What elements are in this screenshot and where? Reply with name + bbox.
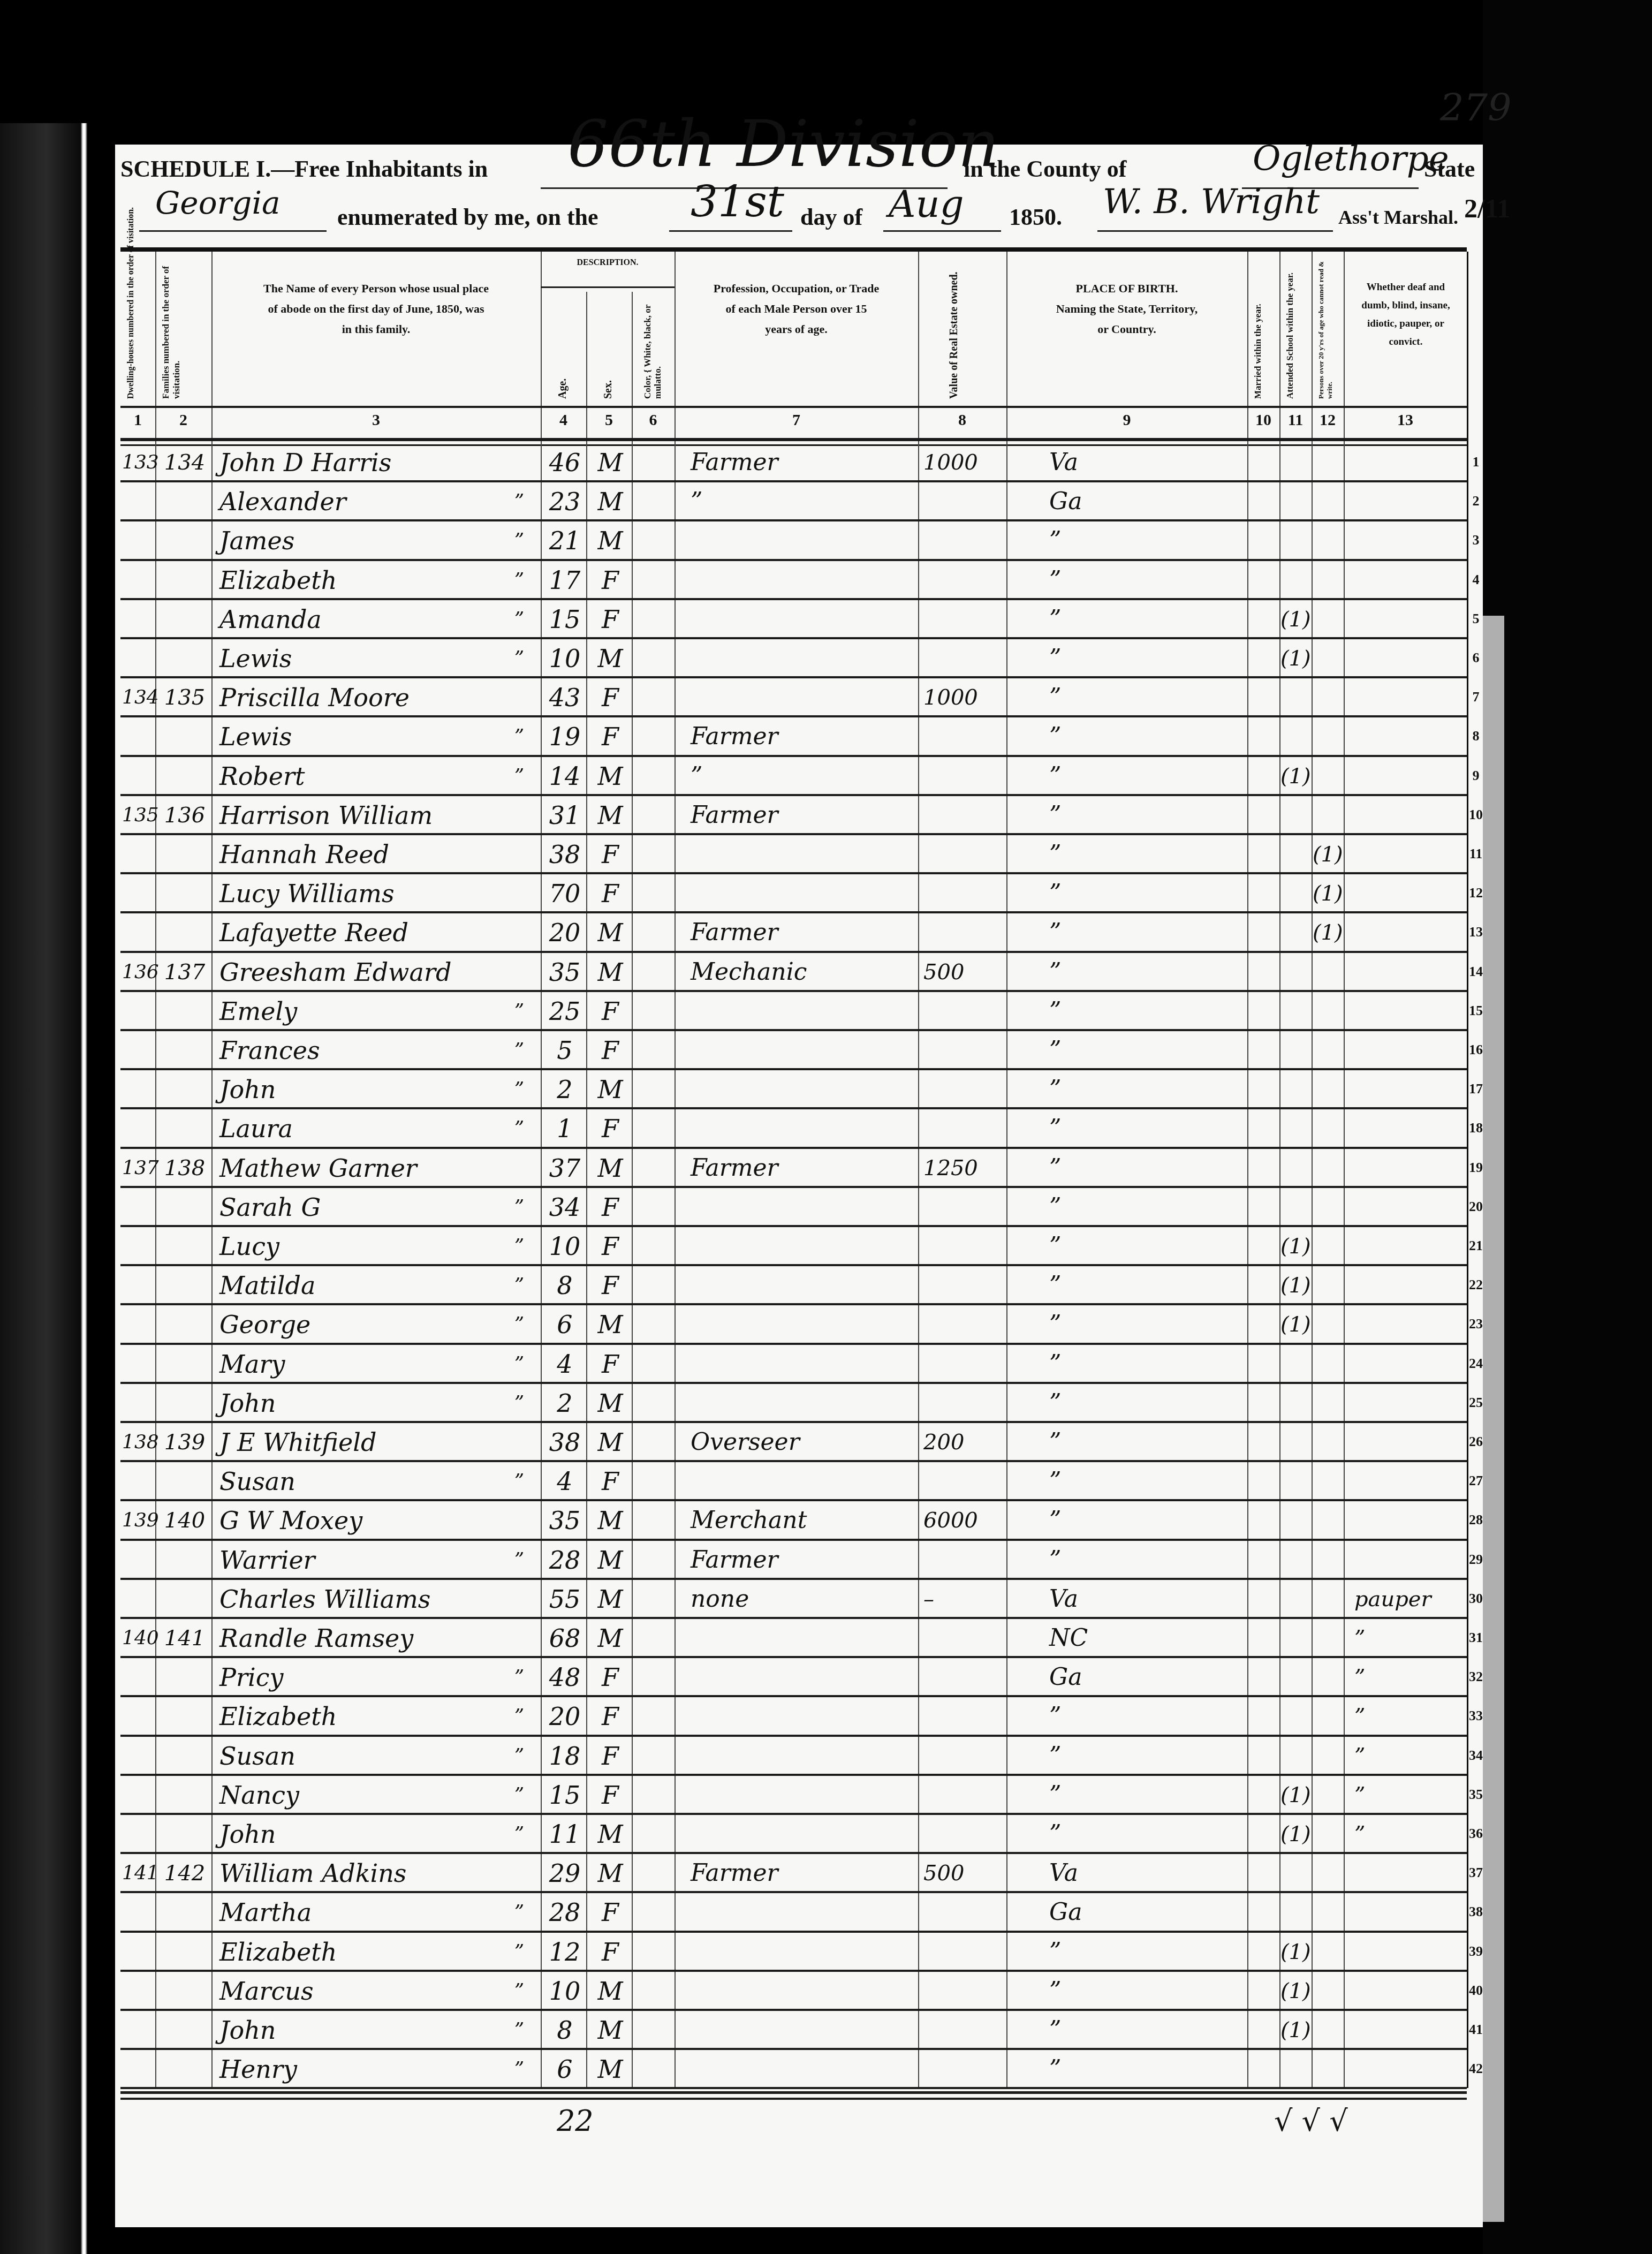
cell-age: 4: [543, 1465, 586, 1497]
line-number: 19: [1468, 1160, 1484, 1176]
cell-name: Elizabeth: [219, 564, 498, 596]
cell-ditto: ”: [503, 1465, 535, 1497]
line-number: 22: [1468, 1277, 1484, 1293]
cell-birthplace: ”: [1049, 956, 1210, 988]
cell-family: 137: [158, 956, 211, 988]
cell-birthplace: ”: [1049, 917, 1210, 949]
cell-ditto: ”: [503, 1269, 535, 1302]
line-number: 9: [1468, 768, 1484, 784]
cell-ditto: ”: [503, 1348, 535, 1380]
cell-ditto: ”: [503, 1818, 535, 1850]
cell-occupation: Farmer: [691, 721, 915, 753]
cell-name: James: [219, 525, 498, 557]
cell-name: Marcus: [219, 1975, 498, 2007]
cell-name: Susan: [219, 1740, 498, 1772]
cell-family: 142: [158, 1857, 211, 1889]
state-field: Georgia: [155, 185, 281, 221]
cell-sex: M: [589, 956, 632, 988]
cell-age: 12: [543, 1936, 586, 1968]
cell-sex: M: [589, 799, 632, 831]
row-rule: [120, 1147, 1467, 1149]
cell-name: George: [219, 1308, 498, 1341]
line-number: 28: [1468, 1512, 1484, 1528]
line-number: 1: [1468, 454, 1484, 470]
line-number: 4: [1468, 572, 1484, 588]
cell-name: Mathew Garner: [219, 1152, 498, 1184]
cell-ditto: ”: [503, 760, 535, 792]
line-number: 12: [1468, 885, 1484, 901]
cell-birthplace: NC: [1049, 1622, 1210, 1654]
cell-sex: F: [589, 1700, 632, 1733]
cell-ditto: ”: [503, 721, 535, 753]
cell-name: John: [219, 1818, 498, 1850]
cell-name: Emely: [219, 995, 498, 1027]
cell-sex: M: [589, 760, 632, 792]
cell-age: 10: [543, 1975, 586, 2007]
cell-age: 38: [543, 1426, 586, 1458]
cell-name: Greesham Edward: [219, 956, 498, 988]
cell-name: Lucy: [219, 1230, 498, 1262]
cell-birthplace: ”: [1049, 1544, 1210, 1576]
check-marks: √ √ √: [1274, 2104, 1348, 2138]
cell-age: 28: [543, 1896, 586, 1928]
state-label: State: [1424, 155, 1475, 183]
col8-header: Value of Real Estate owned.: [948, 260, 960, 399]
cell-sex: M: [589, 1387, 632, 1419]
cell-occupation: ”: [691, 486, 915, 518]
cell-sex: F: [589, 1230, 632, 1262]
cell-name: Elizabeth: [219, 1700, 498, 1733]
row-rule: [120, 1931, 1467, 1933]
cell-sex: F: [589, 564, 632, 596]
cell-ditto: ”: [503, 603, 535, 636]
cell-age: 21: [543, 525, 586, 557]
state-underline: [139, 230, 327, 232]
cell-name: William Adkins: [219, 1857, 498, 1889]
row-rule: [120, 1970, 1467, 1972]
cell-sex: M: [589, 1544, 632, 1576]
cell-age: 2: [543, 1387, 586, 1419]
cell-name: Henry: [219, 2053, 498, 2085]
row-rule: [120, 1068, 1467, 1070]
cell-sex: M: [589, 1504, 632, 1537]
cell-cannot-read: (1): [1313, 917, 1343, 949]
cell-birthplace: ”: [1049, 1818, 1210, 1850]
cell-name: Hannah Reed: [219, 838, 498, 871]
row-rule: [120, 951, 1467, 953]
line-number: 25: [1468, 1395, 1484, 1411]
cell-dwelling: 133: [122, 447, 155, 479]
cell-sex: M: [589, 1622, 632, 1654]
cell-school: (1): [1280, 1269, 1310, 1302]
cell-name: Elizabeth: [219, 1936, 498, 1968]
sheet-number: 2/11: [1464, 193, 1510, 224]
cell-birthplace: ”: [1049, 1936, 1210, 1968]
cell-sex: F: [589, 995, 632, 1027]
row-rule: [120, 637, 1467, 639]
col-number-4: 4: [541, 411, 586, 429]
cell-dwelling: 136: [122, 956, 155, 988]
cell-birthplace: ”: [1049, 1975, 1210, 2007]
cell-school: (1): [1280, 603, 1310, 636]
line-number: 15: [1468, 1003, 1484, 1019]
row-rule: [120, 1460, 1467, 1462]
cell-name: Harrison William: [219, 799, 498, 831]
cell-name: Lewis: [219, 642, 498, 675]
cell-occupation: Overseer: [691, 1426, 915, 1458]
cell-sex: F: [589, 1779, 632, 1811]
cell-name: Alexander: [219, 486, 498, 518]
cell-age: 18: [543, 1740, 586, 1772]
row-rule: [120, 1382, 1467, 1384]
cell-ditto: ”: [503, 1700, 535, 1733]
cell-name: G W Moxey: [219, 1504, 498, 1537]
cell-condition: ”: [1354, 1700, 1461, 1733]
cell-age: 4: [543, 1348, 586, 1380]
cell-name: John D Harris: [219, 447, 498, 479]
cell-school: (1): [1280, 2014, 1310, 2046]
year-label: 1850.: [1009, 203, 1062, 231]
row-rule: [120, 1186, 1467, 1188]
cell-sex: F: [589, 721, 632, 753]
col-number-3: 3: [211, 411, 541, 429]
cell-family: 140: [158, 1504, 211, 1537]
table-bottom-rule: [120, 2091, 1467, 2094]
col-number-9: 9: [1006, 411, 1247, 429]
col-number-12: 12: [1312, 411, 1344, 429]
row-rule: [120, 833, 1467, 835]
line-number: 16: [1468, 1042, 1484, 1058]
row-rule: [120, 519, 1467, 521]
col11-header: Attended School within the year.: [1285, 265, 1295, 399]
cell-ditto: ”: [503, 2053, 535, 2085]
cell-occupation: Farmer: [691, 799, 915, 831]
cell-age: 15: [543, 1779, 586, 1811]
cell-name: J E Whitfield: [219, 1426, 498, 1458]
cell-ditto: ”: [503, 486, 535, 518]
marshal-label: Ass't Marshal.: [1338, 206, 1458, 229]
cell-name: John: [219, 1073, 498, 1106]
cell-cannot-read: (1): [1313, 838, 1343, 871]
cell-dwelling: 139: [122, 1504, 155, 1537]
cell-birthplace: ”: [1049, 995, 1210, 1027]
cell-age: 6: [543, 1308, 586, 1341]
cell-condition: pauper: [1354, 1583, 1461, 1615]
cell-school: (1): [1280, 1975, 1310, 2007]
cell-name: Pricy: [219, 1661, 498, 1693]
row-rule: [120, 1813, 1467, 1815]
row-rule: [120, 715, 1467, 717]
description-underline: [541, 286, 675, 288]
cell-school: (1): [1280, 642, 1310, 675]
cell-name: Lafayette Reed: [219, 917, 498, 949]
cell-age: 5: [543, 1034, 586, 1067]
row-rule: [120, 1225, 1467, 1227]
cell-birthplace: ”: [1049, 1152, 1210, 1184]
cell-name: Charles Williams: [219, 1583, 498, 1615]
cell-sex: M: [589, 1583, 632, 1615]
cell-birthplace: ”: [1049, 838, 1210, 871]
cell-birthplace: Va: [1049, 1583, 1210, 1615]
header-bottom-rule: [120, 438, 1467, 441]
cell-age: 48: [543, 1661, 586, 1693]
line-number: 11: [1468, 846, 1484, 862]
cell-birthplace: ”: [1049, 1113, 1210, 1145]
line-number: 17: [1468, 1081, 1484, 1097]
line-number: 3: [1468, 532, 1484, 548]
row-rule: [120, 911, 1467, 913]
line-number: 20: [1468, 1199, 1484, 1215]
cell-ditto: ”: [503, 1936, 535, 1968]
cell-sex: M: [589, 447, 632, 479]
cell-occupation: Farmer: [691, 447, 915, 479]
cell-age: 55: [543, 1583, 586, 1615]
line-number: 33: [1468, 1708, 1484, 1724]
description-group-label: DESCRIPTION.: [541, 253, 675, 273]
cell-age: 17: [543, 564, 586, 596]
marshal-underline: [1097, 230, 1333, 232]
cell-sex: F: [589, 1936, 632, 1968]
cell-family: 135: [158, 682, 211, 714]
cell-birthplace: ”: [1049, 1700, 1210, 1733]
cell-birthplace: Va: [1049, 447, 1210, 479]
cell-real-estate: 500: [923, 956, 1004, 988]
cell-real-estate: 1000: [923, 447, 1004, 479]
cell-ditto: ”: [503, 1975, 535, 2007]
cell-name: Robert: [219, 760, 498, 792]
col9-header: PLACE OF BIRTH.Naming the State, Territo…: [1009, 278, 1245, 339]
line-number: 14: [1468, 964, 1484, 980]
cell-birthplace: ”: [1049, 525, 1210, 557]
cell-sex: F: [589, 603, 632, 636]
cell-birthplace: ”: [1049, 1504, 1210, 1537]
line-number: 38: [1468, 1904, 1484, 1920]
col13-header: Whether deaf anddumb, blind, insane,idio…: [1346, 278, 1465, 351]
row-rule: [120, 1029, 1467, 1031]
col3-header: The Name of every Person whose usual pla…: [214, 278, 538, 339]
cell-ditto: ”: [503, 995, 535, 1027]
cell-age: 15: [543, 603, 586, 636]
cell-birthplace: ”: [1049, 1034, 1210, 1067]
cell-birthplace: ”: [1049, 1269, 1210, 1302]
row-rule: [120, 1343, 1467, 1345]
row-rule: [120, 676, 1467, 678]
cell-school: (1): [1280, 1936, 1310, 1968]
cell-real-estate: 1000: [923, 682, 1004, 714]
cell-occupation: Farmer: [691, 917, 915, 949]
col-number-1: 1: [120, 411, 155, 429]
cell-condition: ”: [1354, 1779, 1461, 1811]
cell-sex: F: [589, 878, 632, 910]
cell-birthplace: ”: [1049, 721, 1210, 753]
cell-birthplace: ”: [1049, 1426, 1210, 1458]
line-number: 30: [1468, 1591, 1484, 1607]
col-number-10: 10: [1247, 411, 1279, 429]
cell-occupation: Farmer: [691, 1152, 915, 1184]
cell-age: 70: [543, 878, 586, 910]
line-number: 8: [1468, 728, 1484, 744]
cell-sex: F: [589, 1034, 632, 1067]
cell-name: Susan: [219, 1465, 498, 1497]
cell-birthplace: ”: [1049, 1465, 1210, 1497]
col4-header: Age.: [557, 379, 569, 399]
line-number: 31: [1468, 1630, 1484, 1646]
cell-family: 138: [158, 1152, 211, 1184]
line-number: 2: [1468, 493, 1484, 509]
cell-sex: M: [589, 1975, 632, 2007]
col6-header: Color, { White, black, or mulatto.: [642, 292, 663, 399]
cell-age: 43: [543, 682, 586, 714]
cell-sex: M: [589, 1073, 632, 1106]
cell-sex: M: [589, 917, 632, 949]
row-rule: [120, 2087, 1467, 2089]
row-rule: [120, 1852, 1467, 1854]
cell-age: 10: [543, 642, 586, 675]
cell-ditto: ”: [503, 1387, 535, 1419]
cell-age: 29: [543, 1857, 586, 1889]
cell-sex: F: [589, 682, 632, 714]
line-number: 24: [1468, 1356, 1484, 1372]
cell-birthplace: ”: [1049, 799, 1210, 831]
row-rule: [120, 1617, 1467, 1619]
marshal-signature: W. B. Wright: [1103, 182, 1320, 222]
col10-header: Married within the year.: [1253, 265, 1263, 399]
schedule-title: SCHEDULE I.—Free Inhabitants in: [120, 155, 488, 183]
cell-birthplace: ”: [1049, 1191, 1210, 1223]
cell-sex: F: [589, 1740, 632, 1772]
cell-cannot-read: (1): [1313, 878, 1343, 910]
cell-name: Frances: [219, 1034, 498, 1067]
row-rule: [120, 990, 1467, 992]
cell-ditto: ”: [503, 1779, 535, 1811]
cell-ditto: ”: [503, 564, 535, 596]
cell-name: Priscilla Moore: [219, 682, 498, 714]
month-field: Aug: [889, 182, 964, 226]
cell-sex: M: [589, 1426, 632, 1458]
row-rule: [120, 1303, 1467, 1305]
cell-birthplace: Ga: [1049, 486, 1210, 518]
col-number-8: 8: [918, 411, 1006, 429]
row-rule: [120, 872, 1467, 874]
cell-name: Lucy Williams: [219, 878, 498, 910]
cell-sex: M: [589, 1152, 632, 1184]
cell-real-estate: 1250: [923, 1152, 1004, 1184]
row-rule: [120, 1695, 1467, 1697]
cell-age: 25: [543, 995, 586, 1027]
cell-name: Sarah G: [219, 1191, 498, 1223]
cell-sex: M: [589, 486, 632, 518]
cell-ditto: ”: [503, 1034, 535, 1067]
cell-occupation: ”: [691, 760, 915, 792]
cell-age: 35: [543, 1504, 586, 1537]
col1-header: Dwelling-houses numbered in the order of…: [125, 254, 137, 399]
col-divider: [632, 292, 633, 2088]
cell-ditto: ”: [503, 1113, 535, 1145]
cell-birthplace: ”: [1049, 564, 1210, 596]
cell-real-estate: 500: [923, 1857, 1004, 1889]
col-number-7: 7: [675, 411, 918, 429]
day-field: 31st: [691, 177, 784, 226]
line-number: 13: [1468, 924, 1484, 940]
enumerated-label: enumerated by me, on the: [337, 203, 598, 231]
cell-birthplace: ”: [1049, 1348, 1210, 1380]
row-rule: [120, 559, 1467, 561]
cell-occupation: Mechanic: [691, 956, 915, 988]
cell-birthplace: ”: [1049, 2053, 1210, 2085]
line-number: 26: [1468, 1434, 1484, 1450]
cell-ditto: ”: [503, 1740, 535, 1772]
cell-sex: F: [589, 1113, 632, 1145]
cell-occupation: Merchant: [691, 1504, 915, 1537]
cell-birthplace: ”: [1049, 603, 1210, 636]
cell-dwelling: 134: [122, 682, 155, 714]
cell-birthplace: ”: [1049, 642, 1210, 675]
line-number: 40: [1468, 1983, 1484, 1999]
cell-sex: M: [589, 2014, 632, 2046]
cell-age: 1: [543, 1113, 586, 1145]
cell-ditto: ”: [503, 1230, 535, 1262]
cell-age: 31: [543, 799, 586, 831]
line-number: 42: [1468, 2061, 1484, 2077]
cell-name: John: [219, 2014, 498, 2046]
row-rule: [120, 1499, 1467, 1501]
cell-name: Warrier: [219, 1544, 498, 1576]
row-rule: [120, 2009, 1467, 2011]
row-rule: [120, 1539, 1467, 1541]
day-of-label: day of: [800, 203, 862, 231]
cell-sex: M: [589, 2053, 632, 2085]
cell-ditto: ”: [503, 1544, 535, 1576]
col5-header: Sex.: [602, 380, 614, 399]
row-rule: [120, 1774, 1467, 1776]
cell-age: 23: [543, 486, 586, 518]
cell-name: Laura: [219, 1113, 498, 1145]
col-number-13: 13: [1344, 411, 1467, 429]
col12-header: Persons over 20 y'rs of age who cannot r…: [1317, 254, 1334, 399]
cell-birthplace: ”: [1049, 878, 1210, 910]
cell-ditto: ”: [503, 642, 535, 675]
cell-ditto: ”: [503, 1896, 535, 1928]
cell-age: 6: [543, 2053, 586, 2085]
row-rule: [120, 1107, 1467, 1109]
row-rule: [120, 1264, 1467, 1266]
cell-sex: M: [589, 642, 632, 675]
cell-school: (1): [1280, 1818, 1310, 1850]
cell-condition: ”: [1354, 1818, 1461, 1850]
cell-school: (1): [1280, 1230, 1310, 1262]
table-bottom-rule-2: [120, 2098, 1467, 2100]
cell-occupation: none: [691, 1583, 915, 1615]
line-number: 36: [1468, 1826, 1484, 1842]
cell-sex: F: [589, 838, 632, 871]
cell-birthplace: ”: [1049, 1387, 1210, 1419]
cell-birthplace: ”: [1049, 1230, 1210, 1262]
cell-age: 34: [543, 1191, 586, 1223]
county-label: in the County of: [964, 155, 1126, 183]
cell-age: 11: [543, 1818, 586, 1850]
book-spine: [0, 123, 115, 2254]
cell-dwelling: 141: [122, 1857, 155, 1889]
page-number: 279: [1440, 86, 1512, 130]
cell-sex: M: [589, 1857, 632, 1889]
cell-age: 2: [543, 1073, 586, 1106]
cell-age: 20: [543, 1700, 586, 1733]
cell-name: Martha: [219, 1896, 498, 1928]
cell-ditto: ”: [503, 525, 535, 557]
cell-age: 8: [543, 1269, 586, 1302]
line-number: 37: [1468, 1865, 1484, 1881]
cell-dwelling: 138: [122, 1426, 155, 1458]
